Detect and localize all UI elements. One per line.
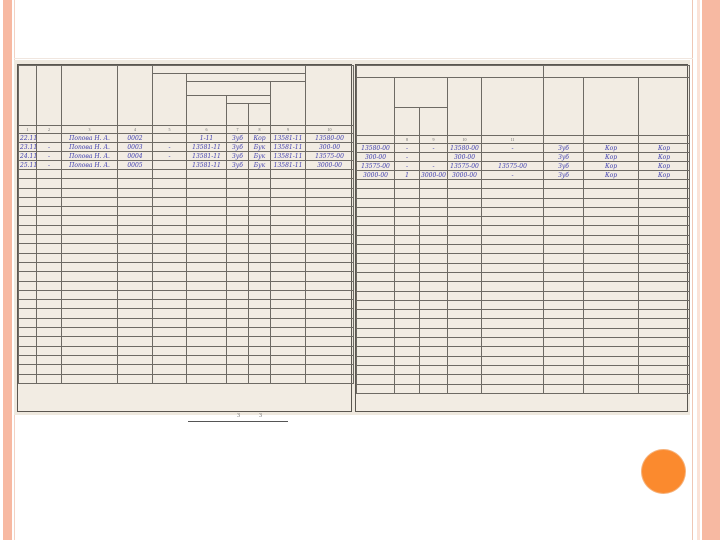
value-cell: - xyxy=(395,144,420,153)
blank-cell xyxy=(420,347,448,356)
blank-cell xyxy=(395,263,420,272)
column-number: 10 xyxy=(448,136,482,144)
blank-cell xyxy=(482,282,544,291)
blank-cell xyxy=(448,300,482,309)
blank-cell xyxy=(482,356,544,365)
column-number: 9 xyxy=(271,126,306,134)
blank-row xyxy=(357,300,690,309)
blank-cell xyxy=(482,338,544,347)
blank-cell xyxy=(639,347,690,356)
header-cell xyxy=(271,82,306,126)
blank-cell xyxy=(37,346,62,355)
amount-cell: 13581-11 xyxy=(187,143,227,152)
blank-cell xyxy=(357,291,395,300)
blank-cell xyxy=(448,245,482,254)
blank-cell xyxy=(395,217,420,226)
blank-row xyxy=(357,310,690,319)
blank-cell xyxy=(420,180,448,189)
blank-cell xyxy=(420,272,448,281)
doc-number-cell: 0005 xyxy=(118,161,153,170)
blank-cell xyxy=(395,272,420,281)
blank-cell xyxy=(448,272,482,281)
blank-cell xyxy=(153,309,187,318)
blank-cell xyxy=(118,281,153,290)
blank-cell xyxy=(639,291,690,300)
slide-frame-right-line xyxy=(692,0,693,540)
blank-cell xyxy=(544,375,584,384)
blank-cell xyxy=(357,347,395,356)
blank-row xyxy=(357,254,690,263)
blank-cell xyxy=(584,189,639,198)
blank-cell xyxy=(448,384,482,393)
header-cell xyxy=(153,66,306,74)
blank-cell xyxy=(118,262,153,271)
signature-cell: Кор xyxy=(249,134,271,143)
blank-cell xyxy=(395,207,420,216)
blank-cell xyxy=(227,216,249,225)
blank-cell xyxy=(584,282,639,291)
blank-cell xyxy=(357,189,395,198)
blank-cell xyxy=(420,263,448,272)
blank-cell xyxy=(187,365,227,374)
blank-cell xyxy=(448,328,482,337)
blank-cell xyxy=(271,197,306,206)
blank-cell xyxy=(118,170,153,179)
header-cell xyxy=(448,78,482,136)
blank-cell xyxy=(271,225,306,234)
orange-circle-decoration xyxy=(642,450,685,493)
value-cell: - xyxy=(153,152,187,161)
blank-cell xyxy=(395,282,420,291)
column-number xyxy=(544,136,584,144)
column-number: 2 xyxy=(37,126,62,134)
blank-cell xyxy=(37,197,62,206)
blank-cell xyxy=(62,235,118,244)
blank-row xyxy=(357,338,690,347)
blank-cell xyxy=(118,188,153,197)
blank-cell xyxy=(306,225,354,234)
blank-cell xyxy=(395,235,420,244)
blank-cell xyxy=(639,254,690,263)
blank-row xyxy=(19,244,354,253)
blank-cell xyxy=(37,300,62,309)
blank-cell xyxy=(482,291,544,300)
blank-cell xyxy=(420,328,448,337)
blank-cell xyxy=(306,235,354,244)
blank-cell xyxy=(306,188,354,197)
blank-cell xyxy=(420,384,448,393)
signature-cell: Зуб xyxy=(544,144,584,153)
blank-cell xyxy=(482,365,544,374)
blank-cell xyxy=(420,300,448,309)
blank-cell xyxy=(118,235,153,244)
blank-cell xyxy=(448,263,482,272)
blank-cell xyxy=(118,328,153,337)
blank-cell xyxy=(37,244,62,253)
blank-row xyxy=(19,337,354,346)
blank-cell xyxy=(357,226,395,235)
blank-cell xyxy=(19,179,37,188)
blank-row xyxy=(357,282,690,291)
blank-cell xyxy=(482,226,544,235)
blank-cell xyxy=(37,235,62,244)
header-row-1 xyxy=(19,66,354,74)
blank-row xyxy=(19,216,354,225)
blank-cell xyxy=(639,272,690,281)
blank-cell xyxy=(271,346,306,355)
table-row: 13575-00 - - 13575-00 13575-00 Зуб Кор К… xyxy=(357,162,690,171)
blank-cell xyxy=(544,198,584,207)
blank-cell xyxy=(544,347,584,356)
blank-cell xyxy=(118,300,153,309)
amount-cell: 13575-00 xyxy=(306,152,354,161)
column-number: 11 xyxy=(482,136,544,144)
blank-cell xyxy=(118,337,153,346)
blank-cell xyxy=(19,235,37,244)
blank-cell xyxy=(482,254,544,263)
blank-cell xyxy=(227,318,249,327)
blank-cell xyxy=(19,328,37,337)
blank-cell xyxy=(482,198,544,207)
blank-cell xyxy=(153,337,187,346)
slide-frame-right-bar xyxy=(702,0,720,540)
blank-cell xyxy=(19,207,37,216)
slide-frame-right-inner xyxy=(697,0,700,540)
blank-cell xyxy=(395,189,420,198)
blank-cell xyxy=(306,244,354,253)
blank-cell xyxy=(153,272,187,281)
blank-cell xyxy=(306,290,354,299)
blank-cell xyxy=(482,189,544,198)
header-cell xyxy=(395,108,420,136)
signature-cell: Бук xyxy=(249,152,271,161)
blank-cell xyxy=(37,188,62,197)
blank-cell xyxy=(62,170,118,179)
blank-cell xyxy=(227,179,249,188)
blank-cell xyxy=(153,207,187,216)
blank-cell xyxy=(584,198,639,207)
blank-cell xyxy=(62,309,118,318)
total-value: 3 xyxy=(237,413,240,419)
blank-cell xyxy=(153,188,187,197)
blank-row xyxy=(357,365,690,374)
blank-cell xyxy=(639,207,690,216)
blank-cell xyxy=(153,216,187,225)
blank-cell xyxy=(227,346,249,355)
blank-cell xyxy=(227,365,249,374)
blank-cell xyxy=(639,300,690,309)
blank-cell xyxy=(19,225,37,234)
blank-cell xyxy=(306,365,354,374)
blank-row xyxy=(19,262,354,271)
blank-cell xyxy=(187,262,227,271)
blank-cell xyxy=(639,319,690,328)
column-number: 1 xyxy=(19,126,37,134)
blank-cell xyxy=(187,318,227,327)
blank-cell xyxy=(357,245,395,254)
blank-cell xyxy=(271,235,306,244)
blank-cell xyxy=(249,207,271,216)
signature-cell: Кор xyxy=(639,144,690,153)
blank-cell xyxy=(584,310,639,319)
blank-cell xyxy=(187,207,227,216)
blank-cell xyxy=(448,235,482,244)
blank-cell xyxy=(357,365,395,374)
blank-cell xyxy=(420,319,448,328)
header-cell xyxy=(357,66,544,78)
blank-cell xyxy=(19,262,37,271)
blank-row xyxy=(357,375,690,384)
blank-cell xyxy=(544,245,584,254)
blank-cell xyxy=(584,254,639,263)
signature-cell: Кор xyxy=(584,144,639,153)
signature-cell: Зуб xyxy=(227,134,249,143)
blank-cell xyxy=(420,207,448,216)
code-cell: - xyxy=(37,161,62,170)
blank-cell xyxy=(118,179,153,188)
blank-cell xyxy=(584,347,639,356)
signature-cell: Кор xyxy=(584,162,639,171)
blank-cell xyxy=(420,254,448,263)
column-number: 8 xyxy=(395,136,420,144)
blank-cell xyxy=(448,291,482,300)
blank-cell xyxy=(544,207,584,216)
blank-row xyxy=(19,309,354,318)
blank-cell xyxy=(118,253,153,262)
blank-cell xyxy=(306,216,354,225)
value-cell: 1 xyxy=(395,171,420,180)
blank-cell xyxy=(153,346,187,355)
table-row: 3000-00 1 3000-00 3000-00 - Зуб Кор Кор xyxy=(357,171,690,180)
blank-cell xyxy=(306,300,354,309)
blank-cell xyxy=(584,272,639,281)
blank-cell xyxy=(187,355,227,364)
column-number xyxy=(584,136,639,144)
blank-cell xyxy=(37,318,62,327)
blank-cell xyxy=(357,375,395,384)
blank-cell xyxy=(639,356,690,365)
blank-cell xyxy=(639,180,690,189)
blank-cell xyxy=(420,338,448,347)
blank-row xyxy=(19,300,354,309)
value-cell xyxy=(482,153,544,162)
blank-cell xyxy=(62,216,118,225)
totals-underline xyxy=(188,421,288,422)
blank-cell xyxy=(544,319,584,328)
blank-cell xyxy=(249,346,271,355)
code-cell xyxy=(37,134,62,143)
blank-cell xyxy=(306,272,354,281)
blank-cell xyxy=(118,290,153,299)
blank-cell xyxy=(37,328,62,337)
date-cell: 22.11 xyxy=(19,134,37,143)
blank-cell xyxy=(227,309,249,318)
blank-cell xyxy=(271,262,306,271)
blank-cell xyxy=(62,355,118,364)
blank-cell xyxy=(62,225,118,234)
header-cell xyxy=(482,78,544,136)
blank-row xyxy=(19,170,354,179)
doc-number-cell: 0003 xyxy=(118,143,153,152)
blank-cell xyxy=(420,310,448,319)
blank-cell xyxy=(37,216,62,225)
blank-cell xyxy=(271,374,306,383)
blank-cell xyxy=(153,170,187,179)
signature-cell: Зуб xyxy=(544,162,584,171)
blank-cell xyxy=(420,226,448,235)
blank-cell xyxy=(584,263,639,272)
scanned-ledger-image: 1 2 3 4 5 6 7 8 9 10 22.11 Попова Н. А. … xyxy=(14,60,690,415)
blank-cell xyxy=(227,244,249,253)
value-cell: 13575-00 xyxy=(482,162,544,171)
blank-cell xyxy=(482,263,544,272)
blank-cell xyxy=(306,355,354,364)
blank-row xyxy=(19,346,354,355)
header-cell xyxy=(420,108,448,136)
blank-cell xyxy=(19,216,37,225)
header-cell xyxy=(19,66,37,126)
blank-cell xyxy=(62,244,118,253)
header-cell xyxy=(62,66,118,126)
blank-cell xyxy=(448,347,482,356)
value-cell: - xyxy=(395,153,420,162)
blank-cell xyxy=(584,356,639,365)
blank-cell xyxy=(306,179,354,188)
blank-cell xyxy=(544,310,584,319)
blank-cell xyxy=(37,225,62,234)
blank-cell xyxy=(187,281,227,290)
blank-cell xyxy=(187,300,227,309)
blank-cell xyxy=(227,281,249,290)
blank-cell xyxy=(153,281,187,290)
blank-row xyxy=(357,235,690,244)
blank-cell xyxy=(395,245,420,254)
blank-cell xyxy=(19,281,37,290)
blank-cell xyxy=(19,272,37,281)
blank-cell xyxy=(19,290,37,299)
blank-cell xyxy=(584,291,639,300)
signature-cell: Кор xyxy=(584,153,639,162)
blank-cell xyxy=(37,272,62,281)
blank-row xyxy=(357,272,690,281)
blank-cell xyxy=(249,300,271,309)
blank-cell xyxy=(544,180,584,189)
blank-cell xyxy=(544,263,584,272)
blank-cell xyxy=(153,262,187,271)
slide-frame-left-bar xyxy=(3,0,12,540)
blank-row xyxy=(357,328,690,337)
amount-cell: 3000-00 xyxy=(357,171,395,180)
blank-cell xyxy=(395,254,420,263)
blank-cell xyxy=(19,253,37,262)
blank-cell xyxy=(584,235,639,244)
blank-cell xyxy=(395,226,420,235)
blank-cell xyxy=(187,179,227,188)
blank-cell xyxy=(187,225,227,234)
blank-cell xyxy=(395,356,420,365)
date-cell: 25.11 xyxy=(19,161,37,170)
blank-cell xyxy=(249,337,271,346)
blank-cell xyxy=(227,225,249,234)
blank-row xyxy=(19,235,354,244)
blank-cell xyxy=(357,235,395,244)
blank-cell xyxy=(482,235,544,244)
blank-cell xyxy=(227,235,249,244)
blank-cell xyxy=(37,355,62,364)
blank-cell xyxy=(19,355,37,364)
blank-cell xyxy=(482,217,544,226)
blank-cell xyxy=(118,216,153,225)
blank-row xyxy=(357,291,690,300)
blank-cell xyxy=(395,328,420,337)
blank-cell xyxy=(448,198,482,207)
blank-row xyxy=(19,374,354,383)
blank-cell xyxy=(544,300,584,309)
blank-cell xyxy=(357,263,395,272)
blank-cell xyxy=(153,374,187,383)
column-number-row: 1 2 3 4 5 6 7 8 9 10 xyxy=(19,126,354,134)
value-cell xyxy=(420,153,448,162)
blank-cell xyxy=(482,272,544,281)
blank-cell xyxy=(584,180,639,189)
blank-cell xyxy=(19,309,37,318)
blank-cell xyxy=(271,272,306,281)
amount-cell: 1-11 xyxy=(187,134,227,143)
blank-cell xyxy=(420,198,448,207)
blank-cell xyxy=(62,374,118,383)
blank-cell xyxy=(420,282,448,291)
blank-row xyxy=(19,365,354,374)
blank-cell xyxy=(118,197,153,206)
blank-row xyxy=(19,207,354,216)
blank-cell xyxy=(249,179,271,188)
value-cell: - xyxy=(153,143,187,152)
blank-cell xyxy=(639,198,690,207)
blank-cell xyxy=(37,374,62,383)
blank-cell xyxy=(227,170,249,179)
signature-cell: Кор xyxy=(639,153,690,162)
blank-cell xyxy=(306,207,354,216)
name-cell: Попова Н. А. xyxy=(62,143,118,152)
column-number: 3 xyxy=(62,126,118,134)
blank-cell xyxy=(420,291,448,300)
blank-row xyxy=(357,198,690,207)
blank-cell xyxy=(395,291,420,300)
name-cell: Попова Н. А. xyxy=(62,134,118,143)
amount-cell: 13581-11 xyxy=(187,161,227,170)
blank-cell xyxy=(271,355,306,364)
blank-cell xyxy=(62,253,118,262)
blank-cell xyxy=(227,300,249,309)
blank-cell xyxy=(357,254,395,263)
blank-cell xyxy=(639,384,690,393)
blank-cell xyxy=(271,188,306,197)
blank-cell xyxy=(639,235,690,244)
blank-cell xyxy=(62,290,118,299)
blank-cell xyxy=(544,356,584,365)
blank-cell xyxy=(249,262,271,271)
blank-cell xyxy=(118,374,153,383)
column-number: 4 xyxy=(118,126,153,134)
value-cell: 3000-00 xyxy=(420,171,448,180)
blank-cell xyxy=(249,216,271,225)
blank-row xyxy=(19,355,354,364)
blank-cell xyxy=(227,207,249,216)
blank-cell xyxy=(544,365,584,374)
column-number: 9 xyxy=(420,136,448,144)
blank-row xyxy=(19,318,354,327)
blank-cell xyxy=(153,328,187,337)
